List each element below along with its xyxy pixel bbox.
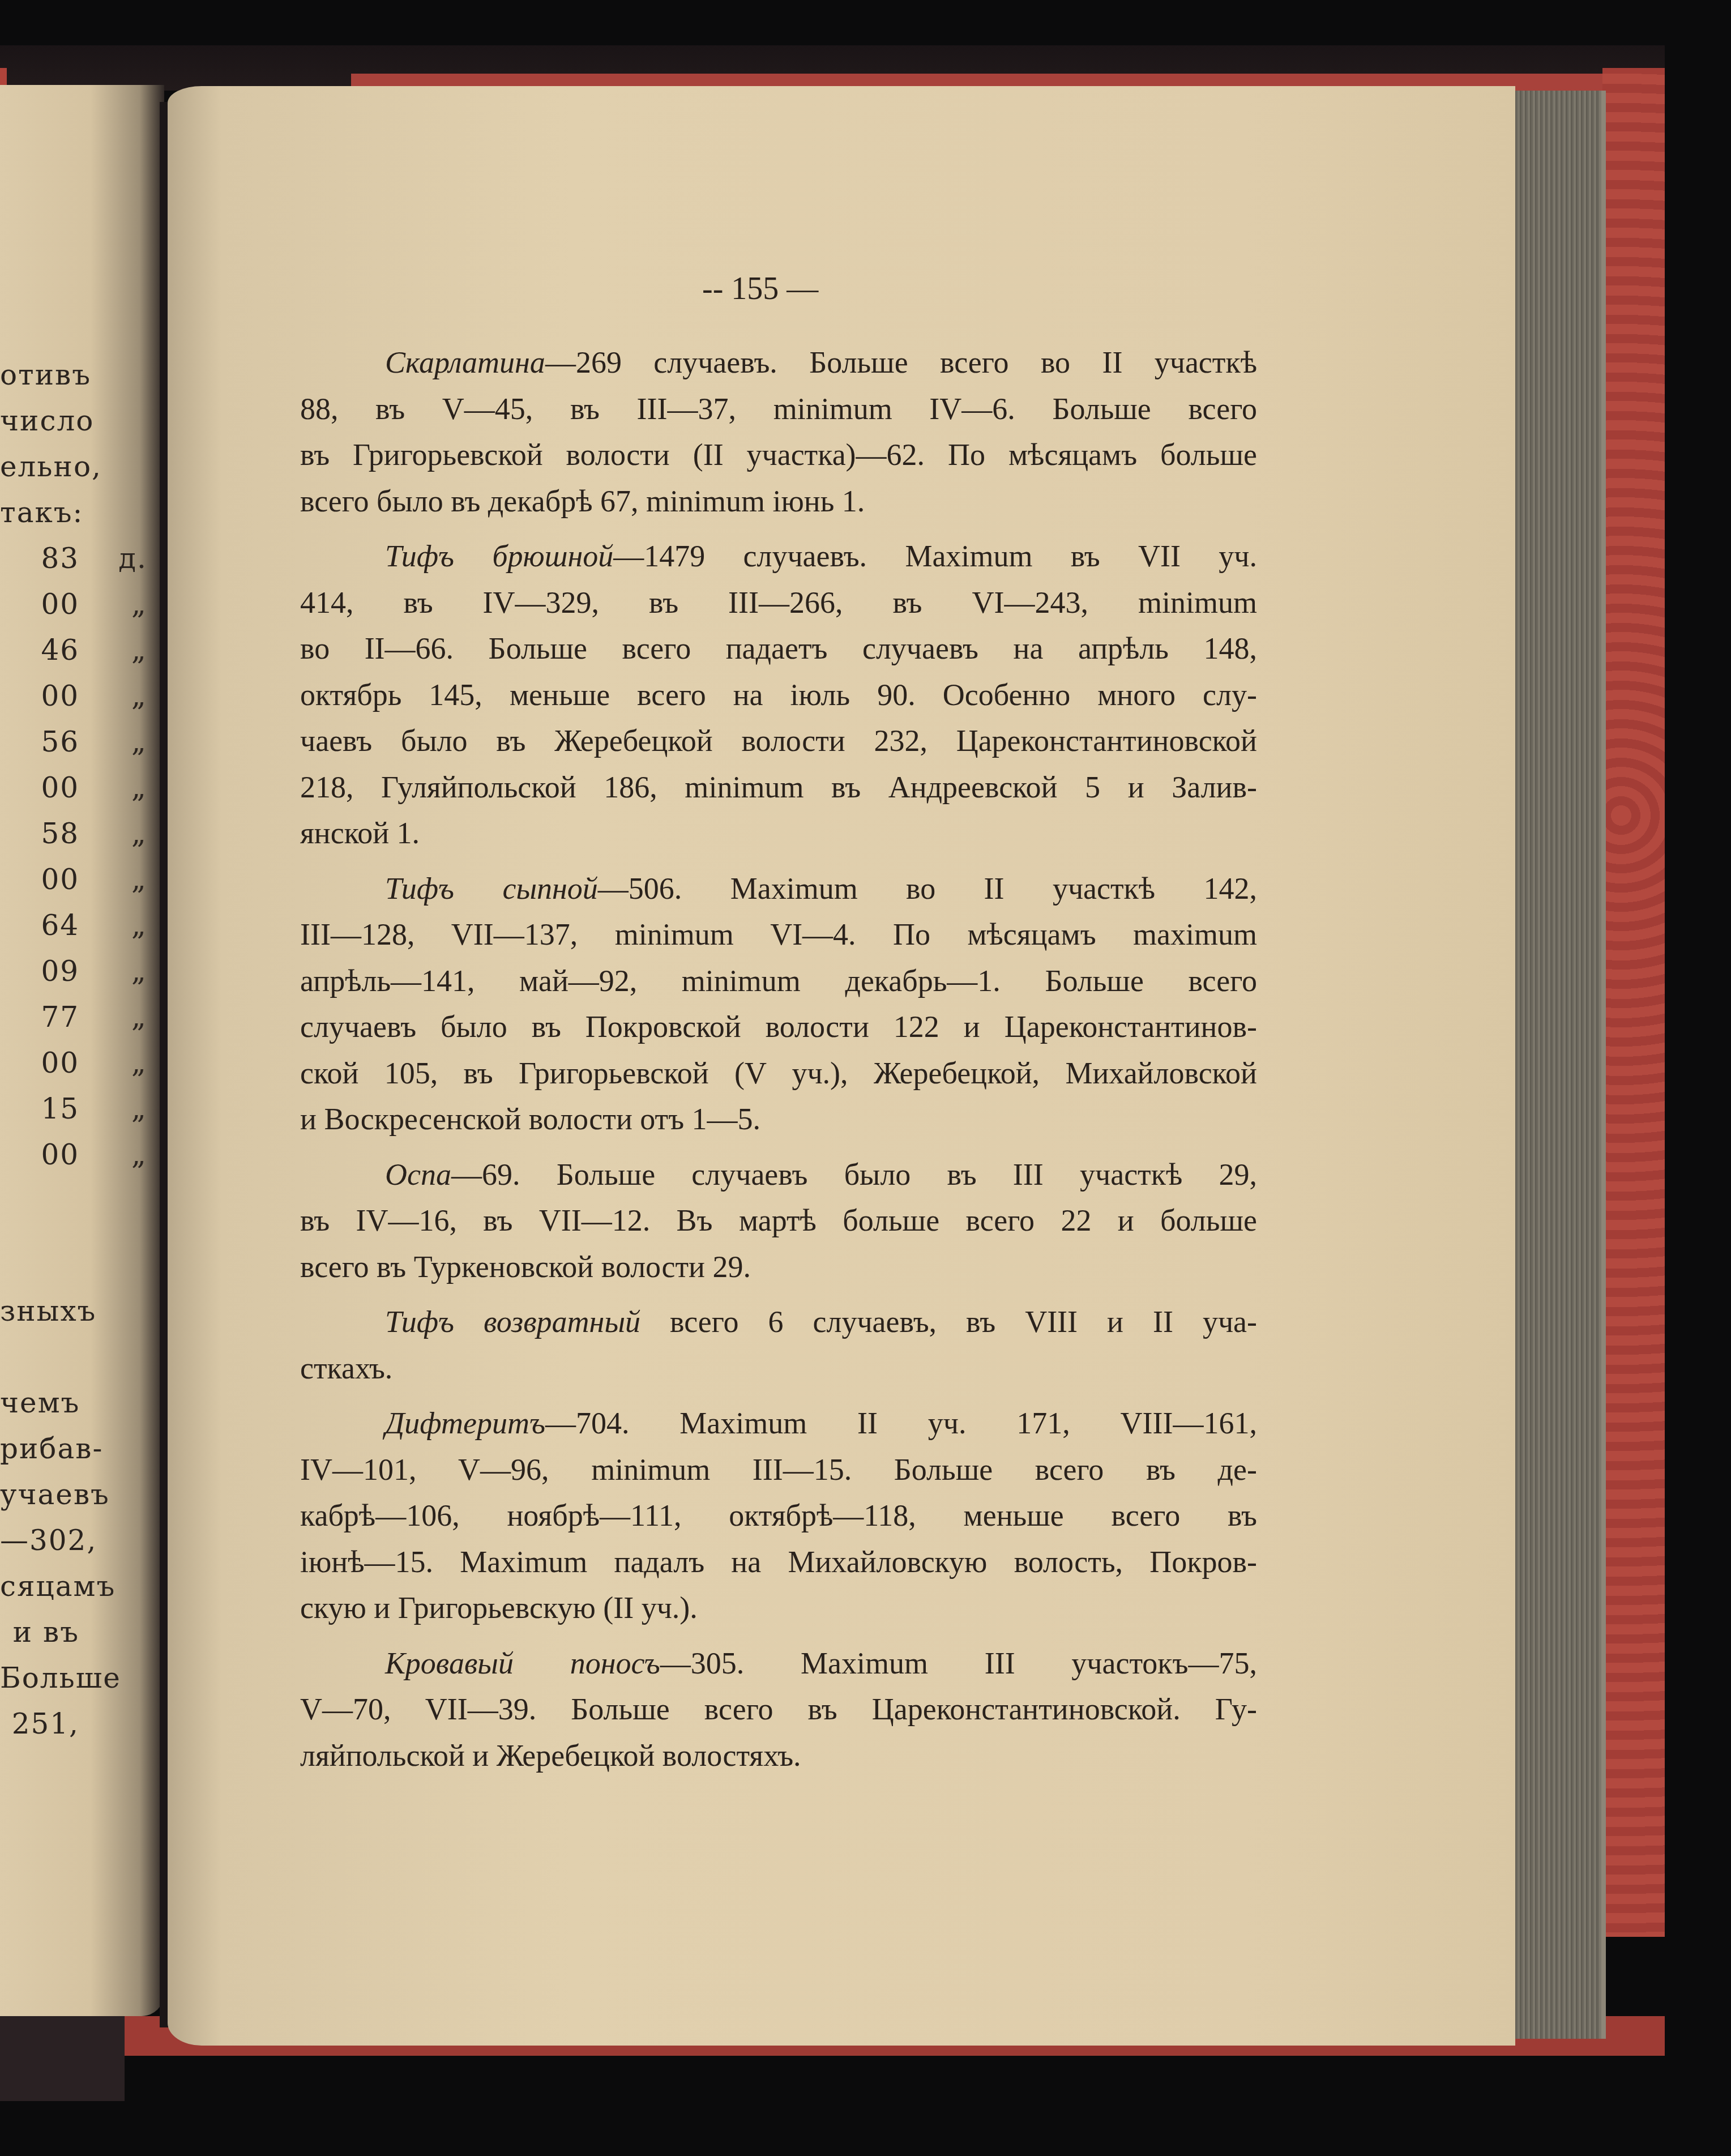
left-number-value: 00 (41, 771, 79, 804)
left-number-unit: „ (131, 1086, 147, 1132)
line-text: III—128, VII—137, minimum VI—4. По мѣсяц… (300, 917, 1257, 951)
left-number-unit: „ (131, 811, 147, 857)
left-page-text-top: отивъ число ельно, такъ: 83д.00„46„00„56… (0, 352, 159, 1178)
book-spine-corner (0, 2016, 125, 2101)
text-line: чаевъ было въ Жеребецкой волости 232, Ца… (300, 718, 1257, 765)
disease-paragraph: Тифъ возвратный всего 6 случаевъ, въ VII… (300, 1299, 1257, 1391)
left-number-row: 00„ (0, 765, 159, 811)
left-number-value: 00 (41, 1047, 79, 1079)
left-fragment: отивъ (0, 352, 159, 398)
disease-heading: Кровавый поносъ (385, 1646, 660, 1680)
disease-heading: Оспа (385, 1158, 451, 1192)
left-number-row: 64„ (0, 903, 159, 949)
line-text: —269 случаевъ. Больше всего во II участк… (545, 345, 1257, 379)
left-number-value: 77 (41, 1001, 79, 1034)
left-number-row: 46„ (0, 627, 159, 673)
disease-heading: Скарлатина (385, 345, 545, 379)
line-text: чаевъ было въ Жеребецкой волости 232, Ца… (300, 724, 1257, 758)
disease-paragraph: Дифтеритъ—704. Maximum II уч. 171, VIII—… (300, 1401, 1257, 1632)
left-number-row: 58„ (0, 811, 159, 857)
page-body: Скарлатина—269 случаевъ. Больше всего во… (300, 340, 1257, 1788)
line-text: 218, Гуляйпольской 186, minimum въ Андре… (300, 770, 1257, 804)
text-line: ской 105, въ Григорьевской (V уч.), Жере… (300, 1051, 1257, 1097)
line-text: всего было въ декабрѣ 67, minimum іюнь 1… (300, 484, 865, 518)
text-line: Тифъ сыпной—506. Maximum во II участкѣ 1… (300, 866, 1257, 912)
left-fragment: 251, (0, 1701, 159, 1747)
text-line: ляйпольской и Жеребецкой волостяхъ. (300, 1733, 1257, 1779)
text-line: Кровавый поносъ—305. Maximum III участок… (300, 1641, 1257, 1687)
left-number-value: 46 (41, 634, 79, 667)
line-text: кабрѣ—106, ноябрѣ—111, октябрѣ—118, мень… (300, 1498, 1257, 1532)
text-line: янской 1. (300, 810, 1257, 857)
left-number-unit: „ (131, 1040, 147, 1086)
left-number-value: 00 (41, 863, 79, 896)
line-text: октябрь 145, меньше всего на іюль 90. Ос… (300, 678, 1257, 712)
left-fragment: зныхъ (0, 1288, 159, 1334)
text-line: апрѣль—141, май—92, minimum декабрь—1. Б… (300, 958, 1257, 1005)
line-text: ляйпольской и Жеребецкой волостяхъ. (300, 1739, 801, 1773)
line-text: —69. Больше случаевъ было въ III участкѣ… (451, 1158, 1257, 1192)
left-number-value: 15 (41, 1092, 79, 1125)
text-line: 88, въ V—45, въ III—37, minimum IV—6. Бо… (300, 386, 1257, 433)
text-line: IV—101, V—96, minimum III—15. Больше все… (300, 1447, 1257, 1493)
left-number-unit: „ (131, 627, 147, 673)
left-number-row: 77„ (0, 994, 159, 1040)
disease-paragraph: Кровавый поносъ—305. Maximum III участок… (300, 1641, 1257, 1779)
left-number-unit: „ (131, 582, 147, 627)
text-line: всего въ Туркеновской волости 29. (300, 1244, 1257, 1291)
left-number-unit: „ (131, 719, 147, 765)
left-number-row: 00„ (0, 1040, 159, 1086)
left-number-row: 09„ (0, 949, 159, 994)
left-fragment: Больше (0, 1655, 159, 1701)
left-number-value: 00 (41, 588, 79, 621)
book-cover-right (1602, 68, 1665, 1937)
disease-paragraph: Оспа—69. Больше случаевъ было въ III уча… (300, 1152, 1257, 1291)
left-fragment: такъ: (0, 490, 159, 536)
left-number-value: 83 (41, 542, 79, 575)
text-line: скую и Григорьевскую (II уч.). (300, 1585, 1257, 1632)
left-number-value: 09 (41, 955, 79, 988)
left-fragment: —302, (0, 1518, 159, 1564)
page-number: -- 155 — (702, 271, 818, 307)
text-line: въ Григорьевской волости (II участка)—62… (300, 432, 1257, 479)
left-number-row: 00„ (0, 673, 159, 719)
left-number-value: 00 (41, 1138, 79, 1171)
left-number-row: 83д. (0, 536, 159, 582)
left-number-value: 56 (41, 725, 79, 758)
text-line: Оспа—69. Больше случаевъ было въ III уча… (300, 1152, 1257, 1198)
line-text: 88, въ V—45, въ III—37, minimum IV—6. Бо… (300, 392, 1257, 426)
line-text: случаевъ было въ Покровской волости 122 … (300, 1010, 1257, 1044)
page-block-fore-edge (1511, 91, 1606, 2039)
text-line: въ IV—16, въ VII—12. Въ мартѣ больше все… (300, 1198, 1257, 1244)
line-text: —1479 случаевъ. Maximum въ VII уч. (613, 539, 1257, 573)
left-number-unit: д. (118, 536, 147, 582)
left-number-row: 15„ (0, 1086, 159, 1132)
line-text: ской 105, въ Григорьевской (V уч.), Жере… (300, 1056, 1257, 1090)
line-text: іюнѣ—15. Maximum падалъ на Михайловскую … (300, 1545, 1257, 1579)
left-fragment: рибав- (0, 1426, 159, 1472)
text-line: Тифъ возвратный всего 6 случаевъ, въ VII… (300, 1299, 1257, 1346)
left-number-unit: „ (131, 949, 147, 994)
left-fragment (0, 1334, 159, 1380)
line-text: въ Григорьевской волости (II участка)—62… (300, 438, 1257, 472)
line-text: апрѣль—141, май—92, minimum декабрь—1. Б… (300, 964, 1257, 998)
left-number-value: 58 (41, 817, 79, 850)
line-text: во II—66. Больше всего падаетъ случаевъ … (300, 631, 1257, 665)
line-text: янской 1. (300, 816, 420, 850)
line-text: —305. Maximum III участокъ—75, (660, 1646, 1257, 1680)
left-number-unit: „ (131, 765, 147, 811)
text-line: V—70, VII—39. Больше всего въ Цареконста… (300, 1687, 1257, 1733)
left-number-unit: „ (131, 857, 147, 903)
text-line: Тифъ брюшной—1479 случаевъ. Maximum въ V… (300, 533, 1257, 580)
left-number-unit: „ (131, 1132, 147, 1178)
left-number-unit: „ (131, 994, 147, 1040)
disease-heading: Тифъ возвратный (385, 1305, 640, 1339)
line-text: всего 6 случаевъ, въ VIII и II уча- (640, 1305, 1257, 1339)
text-line: Дифтеритъ—704. Maximum II уч. 171, VIII—… (300, 1401, 1257, 1447)
line-text: въ IV—16, въ VII—12. Въ мартѣ больше все… (300, 1203, 1257, 1237)
left-page: отивъ число ельно, такъ: 83д.00„46„00„56… (0, 85, 164, 2016)
line-text: скую и Григорьевскую (II уч.). (300, 1591, 698, 1625)
left-number-unit: „ (131, 903, 147, 949)
line-text: всего въ Туркеновской волости 29. (300, 1250, 751, 1284)
left-number-row: 00„ (0, 582, 159, 627)
text-line: 218, Гуляйпольской 186, minimum въ Андре… (300, 765, 1257, 811)
line-text: —704. Maximum II уч. 171, VIII—161, (545, 1406, 1257, 1440)
left-number-unit: „ (131, 673, 147, 719)
text-line: и Воскресенской волости отъ 1—5. (300, 1096, 1257, 1143)
left-fragment: и въ (0, 1609, 159, 1655)
line-text: IV—101, V—96, minimum III—15. Больше все… (300, 1453, 1257, 1487)
line-text: 414, въ IV—329, въ III—266, въ VI—243, m… (300, 586, 1257, 620)
line-text: сткахъ. (300, 1351, 392, 1385)
text-line: во II—66. Больше всего падаетъ случаевъ … (300, 626, 1257, 672)
text-line: Скарлатина—269 случаевъ. Больше всего во… (300, 340, 1257, 386)
text-line: октябрь 145, меньше всего на іюль 90. Ос… (300, 672, 1257, 719)
left-number-value: 00 (41, 680, 79, 712)
disease-heading: Дифтеритъ (385, 1406, 545, 1440)
disease-paragraph: Скарлатина—269 случаевъ. Больше всего во… (300, 340, 1257, 524)
disease-heading: Тифъ сыпной (385, 872, 598, 906)
text-line: кабрѣ—106, ноябрѣ—111, октябрѣ—118, мень… (300, 1493, 1257, 1539)
left-fragment: учаевъ (0, 1472, 159, 1518)
left-number-row: 56„ (0, 719, 159, 765)
line-text: V—70, VII—39. Больше всего въ Цареконста… (300, 1692, 1257, 1726)
text-line: іюнѣ—15. Maximum падалъ на Михайловскую … (300, 1539, 1257, 1586)
left-number-value: 64 (41, 909, 79, 942)
left-page-text-bottom: зныхъ чемъ рибав- учаевъ —302, сяцамъ и … (0, 1288, 159, 1747)
text-line: 414, въ IV—329, въ III—266, въ VI—243, m… (300, 580, 1257, 626)
text-line: всего было въ декабрѣ 67, minimum іюнь 1… (300, 479, 1257, 525)
text-line: III—128, VII—137, minimum VI—4. По мѣсяц… (300, 912, 1257, 958)
left-fragment: чемъ (0, 1380, 159, 1426)
disease-paragraph: Тифъ сыпной—506. Maximum во II участкѣ 1… (300, 866, 1257, 1143)
text-line: случаевъ было въ Покровской волости 122 … (300, 1004, 1257, 1051)
disease-paragraph: Тифъ брюшной—1479 случаевъ. Maximum въ V… (300, 533, 1257, 857)
disease-heading: Тифъ брюшной (385, 539, 613, 573)
left-fragment: ельно, (0, 444, 159, 490)
line-text: —506. Maximum во II участкѣ 142, (598, 872, 1257, 906)
text-line: сткахъ. (300, 1346, 1257, 1392)
left-fragment: число (0, 398, 159, 444)
left-number-row: 00„ (0, 857, 159, 903)
line-text: и Воскресенской волости отъ 1—5. (300, 1102, 760, 1136)
left-fragment: сяцамъ (0, 1564, 159, 1609)
left-number-row: 00„ (0, 1132, 159, 1178)
